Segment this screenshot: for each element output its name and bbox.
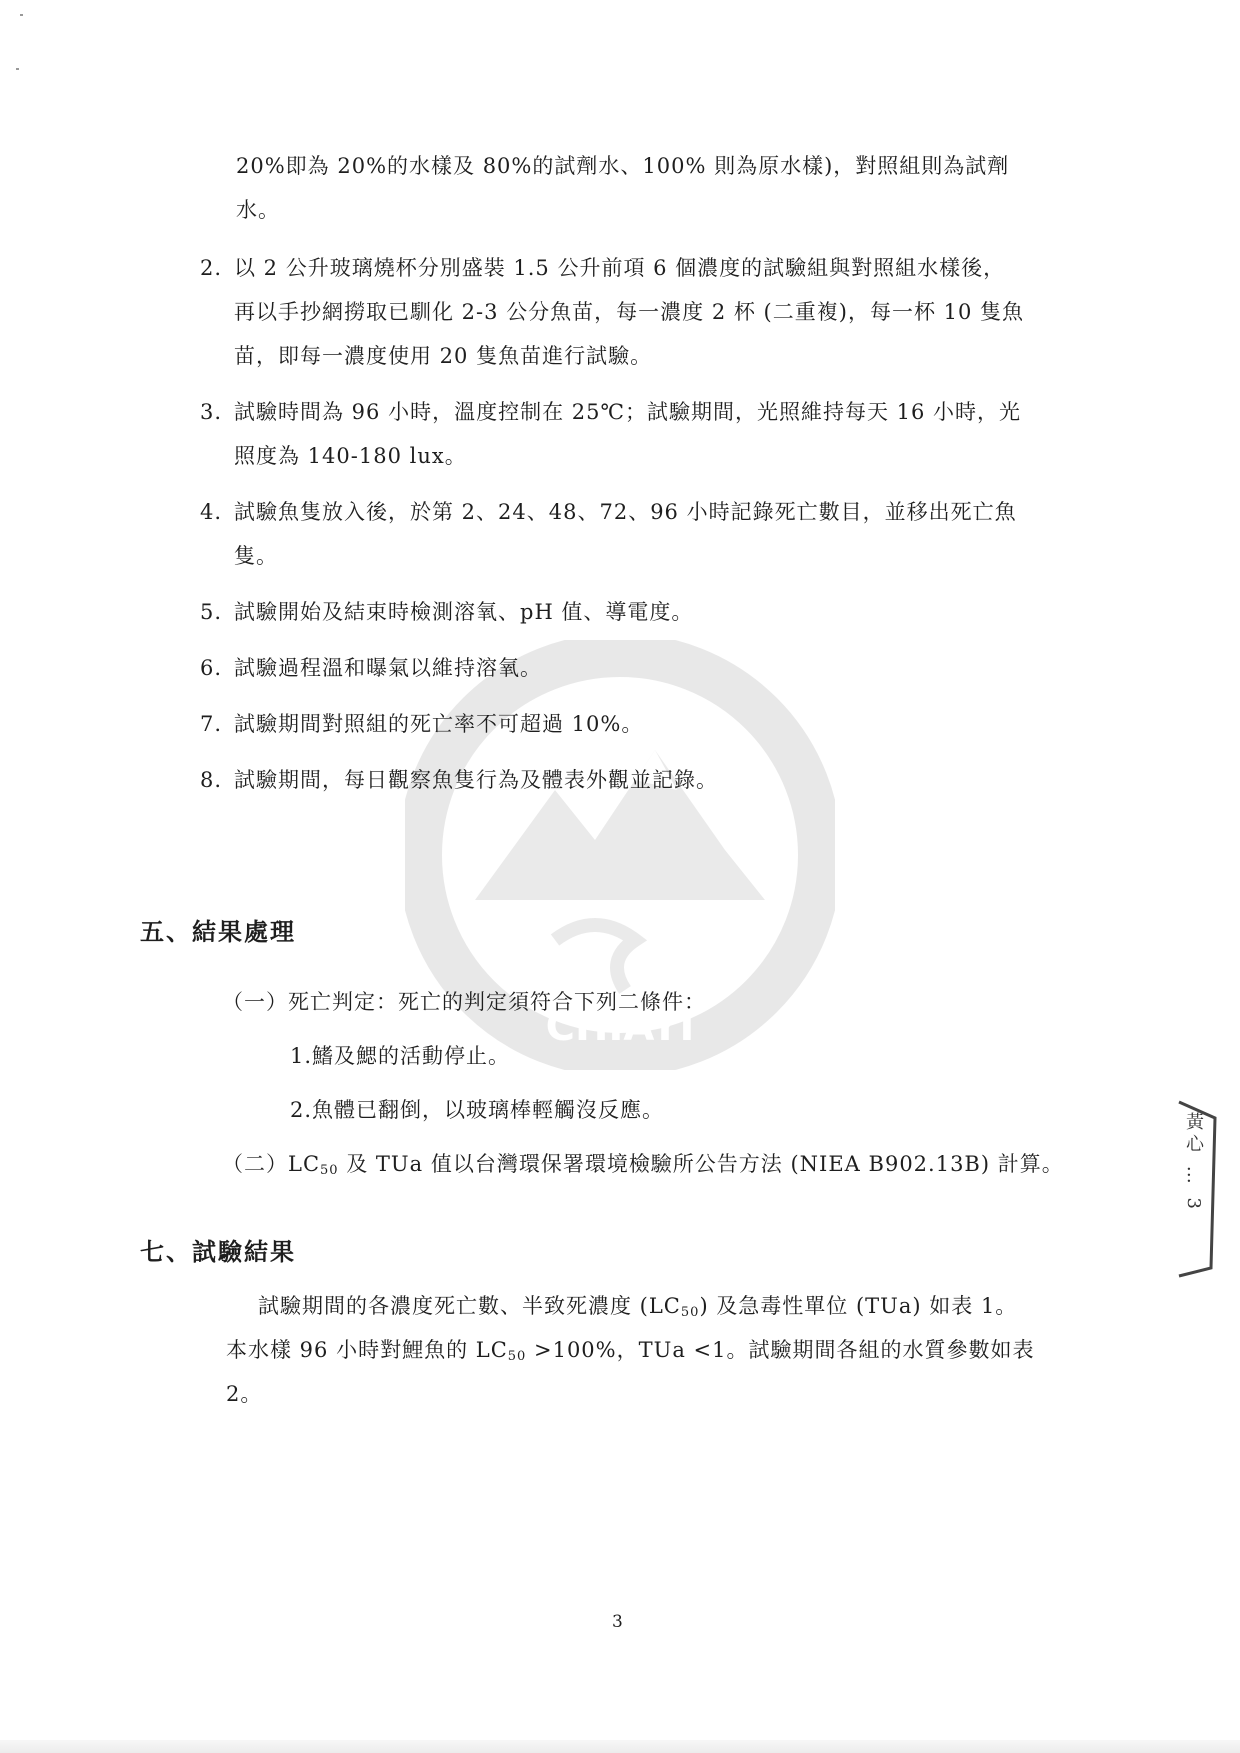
continuation-line-2: 水。 — [236, 196, 280, 224]
results-paragraph-line-1: 試驗期間的各濃度死亡數、半致死濃度 (LC50) 及急毒性單位 (TUa) 如表… — [258, 1292, 1017, 1327]
scan-speck — [16, 68, 19, 70]
procedure-item-2: 2.以 2 公升玻璃燒杯分別盛裝 1.5 公升前項 6 個濃度的試驗組與對照組水… — [200, 254, 1005, 282]
scan-speck — [20, 14, 23, 16]
procedure-item-2-line-3: 苗，即每一濃度使用 20 隻魚苗進行試驗。 — [234, 342, 652, 370]
section-5-heading: 五、結果處理 — [140, 912, 296, 947]
procedure-item-4: 4.試驗魚隻放入後，於第 2、24、48、72、96 小時記錄死亡數目，並移出死… — [200, 498, 1017, 526]
page-number: 3 — [612, 1612, 623, 1632]
section-5-condition-1: 1.鰭及鰓的活動停止。 — [290, 1042, 510, 1070]
margin-annotation-text: 黃心 … 3 — [1180, 1112, 1206, 1213]
procedure-item-2-line-2: 再以手抄網撈取已馴化 2-3 公分魚苗，每一濃度 2 杯 (二重複)，每一杯 1… — [234, 298, 1024, 326]
scan-edge — [0, 1740, 1240, 1753]
procedure-item-4-line-2: 隻。 — [234, 542, 278, 570]
procedure-item-7: 7.試驗期間對照組的死亡率不可超過 10%。 — [200, 710, 643, 738]
results-paragraph-line-2: 本水樣 96 小時對鯉魚的 LC50 >100%，TUa <1。試驗期間各組的水… — [226, 1336, 1034, 1371]
continuation-line-1: 20%即為 20%的水樣及 80%的試劑水、100% 則為原水樣)，對照組則為試… — [236, 152, 1009, 180]
procedure-item-6: 6.試驗過程溫和曝氣以維持溶氧。 — [200, 654, 542, 682]
document-page: CHIAYI 20%即為 20%的水樣及 80%的試劑水、100% 則為原水樣)… — [0, 0, 1240, 1753]
section-5-condition-2: 2.魚體已翻倒，以玻璃棒輕觸沒反應。 — [290, 1096, 664, 1124]
results-paragraph-line-3: 2。 — [226, 1380, 262, 1408]
procedure-item-8: 8.試驗期間，每日觀察魚隻行為及體表外觀並記錄。 — [200, 766, 718, 794]
procedure-item-3-line-2: 照度為 140-180 lux。 — [234, 442, 467, 470]
procedure-item-5: 5.試驗開始及結束時檢測溶氧、pH 值、導電度。 — [200, 598, 693, 626]
procedure-item-3: 3.試驗時間為 96 小時，溫度控制在 25℃；試驗期間，光照維持每天 16 小… — [200, 398, 1021, 426]
section-5-sub-2: （二）LC50 及 TUa 值以台灣環保署環境檢驗所公告方法 (NIEA B90… — [222, 1150, 1064, 1185]
section-5-sub-1: （一）死亡判定：死亡的判定須符合下列二條件： — [222, 988, 706, 1016]
section-7-heading: 七、試驗結果 — [140, 1232, 296, 1267]
